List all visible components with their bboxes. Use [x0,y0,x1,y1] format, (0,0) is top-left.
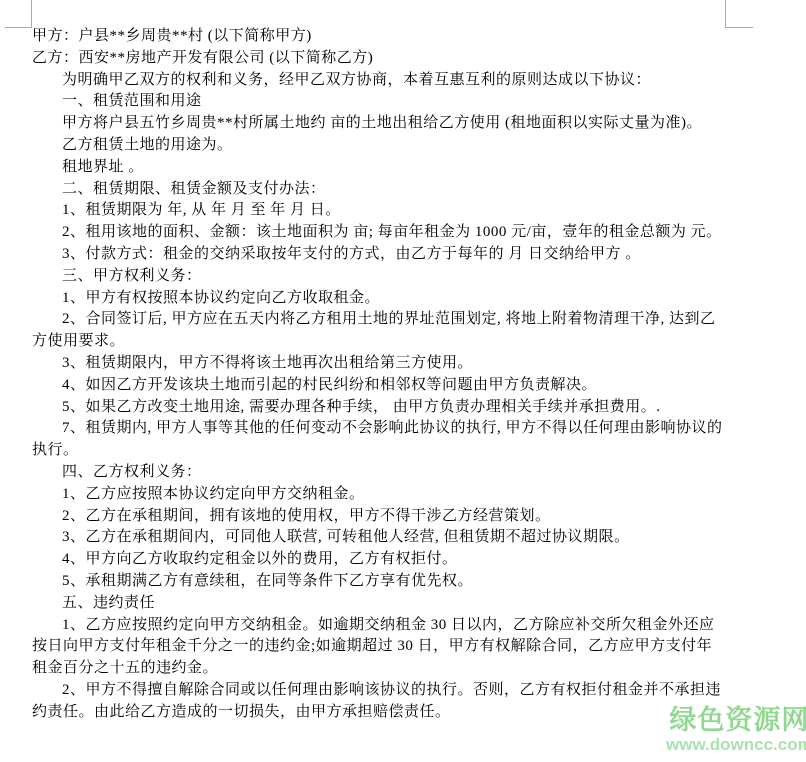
contract-paragraph: 2、合同签订后, 甲方应在五天内将乙方租用土地的界址范围划定, 将地上附着物清理… [32,309,726,353]
contract-paragraph: 1、甲方有权按照本协议约定向乙方收取租金。 [32,288,726,310]
text-boundary-mark-top-left-vertical [31,0,32,28]
contract-paragraph: 1、乙方应按照本协议约定向甲方交纳租金。 [32,484,726,506]
contract-paragraph: 乙方：西安**房地产开发有限公司 (以下简称乙方) [32,48,726,70]
contract-paragraph: 3、付款方式：租金的交纳采取按年支付的方式，由乙方于每年的 月 日交纳给甲方 。 [32,244,726,266]
contract-paragraph: 甲方：户县**乡周贵**村 (以下简称甲方) [32,26,726,48]
text-boundary-mark-top-right-horizontal [725,27,753,28]
contract-paragraph: 2、租用该地的面积、金额：该土地面积为 亩; 每亩年租金为 1000 元/亩，壹… [32,222,726,244]
contract-paragraph: 甲方将户县五竹乡周贵**村所属土地约 亩的土地出租给乙方使用 (租地面积以实际丈… [32,113,726,135]
contract-paragraph: 三、甲方权利义务： [32,266,726,288]
contract-paragraph: 1、租赁期限为 年, 从 年 月 至 年 月 日。 [32,200,726,222]
contract-paragraph: 一、租赁范围和用途 [32,91,726,113]
document-page: 绿色资源网 www.downcc.com 甲方：户县**乡周贵**村 (以下简称… [0,0,806,762]
contract-paragraph: 五、违约责任 [32,593,726,615]
contract-paragraph: 5、如果乙方改变土地用途, 需要办理各种手续， 由甲方负责办理相关手续并承担费用… [32,397,726,419]
contract-paragraph: 1、乙方应按照约定向甲方交纳租金。如逾期交纳租金 30 日以内，乙方除应补交所欠… [32,615,726,680]
watermark-site-url: www.downcc.com [666,735,806,754]
contract-paragraph: 4、如因乙方开发该块土地而引起的村民纠纷和相邻权等问题由甲方负责解决。 [32,375,726,397]
contract-paragraph: 2、乙方在承租期间，拥有该地的使用权，甲方不得干涉乙方经营策划。 [32,506,726,528]
contract-body: 甲方：户县**乡周贵**村 (以下简称甲方)乙方：西安**房地产开发有限公司 (… [32,26,726,724]
contract-paragraph: 四、乙方权利义务： [32,462,726,484]
contract-paragraph: 3、租赁期限内，甲方不得将该土地再次出租给第三方使用。 [32,353,726,375]
contract-paragraph: 3、乙方在承租期间内，可同他人联营, 可转租他人经营, 但租赁期不超过协议期限。 [32,527,726,549]
contract-paragraph: 乙方租赁土地的用途为。 [32,135,726,157]
contract-paragraph: 4、甲方向乙方收取约定租金以外的费用，乙方有权拒付。 [32,549,726,571]
contract-paragraph: 租地界址 。 [32,157,726,179]
contract-paragraph: 5、承租期满乙方有意续租，在同等条件下乙方享有优先权。 [32,571,726,593]
text-boundary-mark-top-left-horizontal [5,27,32,28]
text-boundary-mark-top-right-vertical [725,0,726,28]
contract-paragraph: 为明确甲乙双方的权利和义务，经甲乙双方协商，本着互惠互利的原则达成以下协议： [32,70,726,92]
contract-paragraph: 2、甲方不得擅自解除合同或以任何理由影响该协议的执行。否则，乙方有权拒付租金并不… [32,680,726,724]
contract-paragraph: 二、租赁期限、租赁金额及支付办法： [32,179,726,201]
contract-paragraph: 7、租赁期内, 甲方人事等其他的任何变动不会影响此协议的执行, 甲方不得以任何理… [32,418,726,462]
